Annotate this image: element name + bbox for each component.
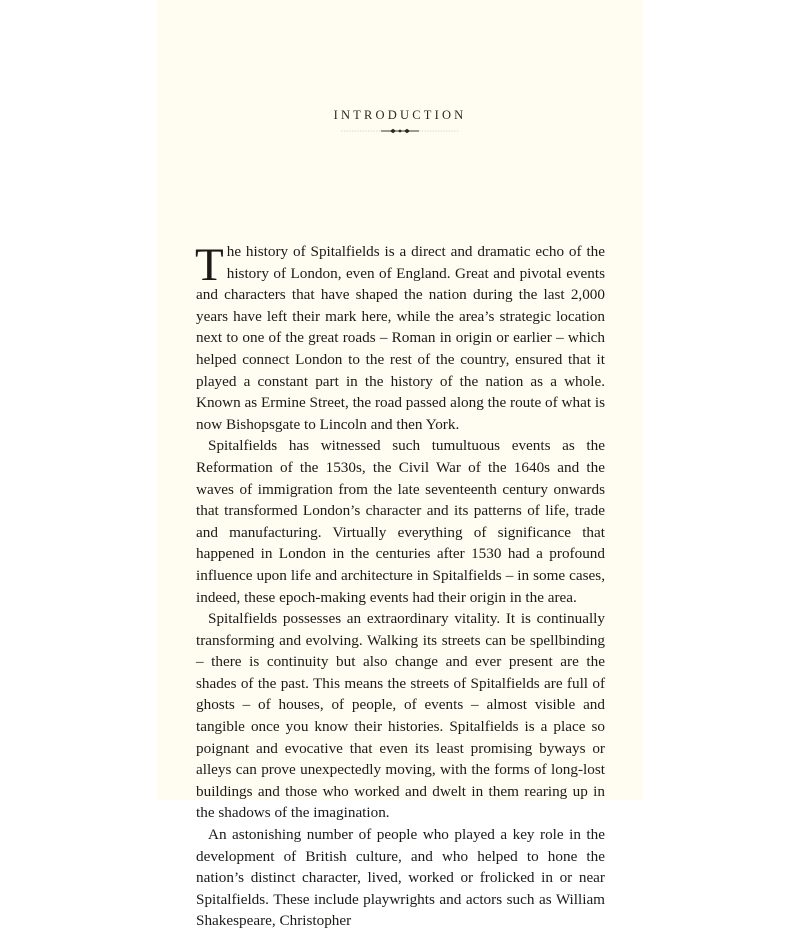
paragraph-2: Spitalfields has witnessed such tumultuo… — [196, 435, 605, 608]
book-page: INTRODUCTION The history of Spitalfields… — [157, 0, 643, 800]
chapter-title: INTRODUCTION — [157, 108, 643, 123]
chapter-body: The history of Spitalfields is a direct … — [196, 241, 605, 800]
paragraph-3: Spitalfields possesses an extraordinary … — [196, 608, 605, 800]
paragraph-1-text: he history of Spitalfields is a direct a… — [196, 243, 605, 433]
drop-cap: T — [195, 244, 224, 284]
decorative-rule-ornament-icon — [341, 128, 459, 134]
paragraph-1: The history of Spitalfields is a direct … — [196, 241, 605, 435]
